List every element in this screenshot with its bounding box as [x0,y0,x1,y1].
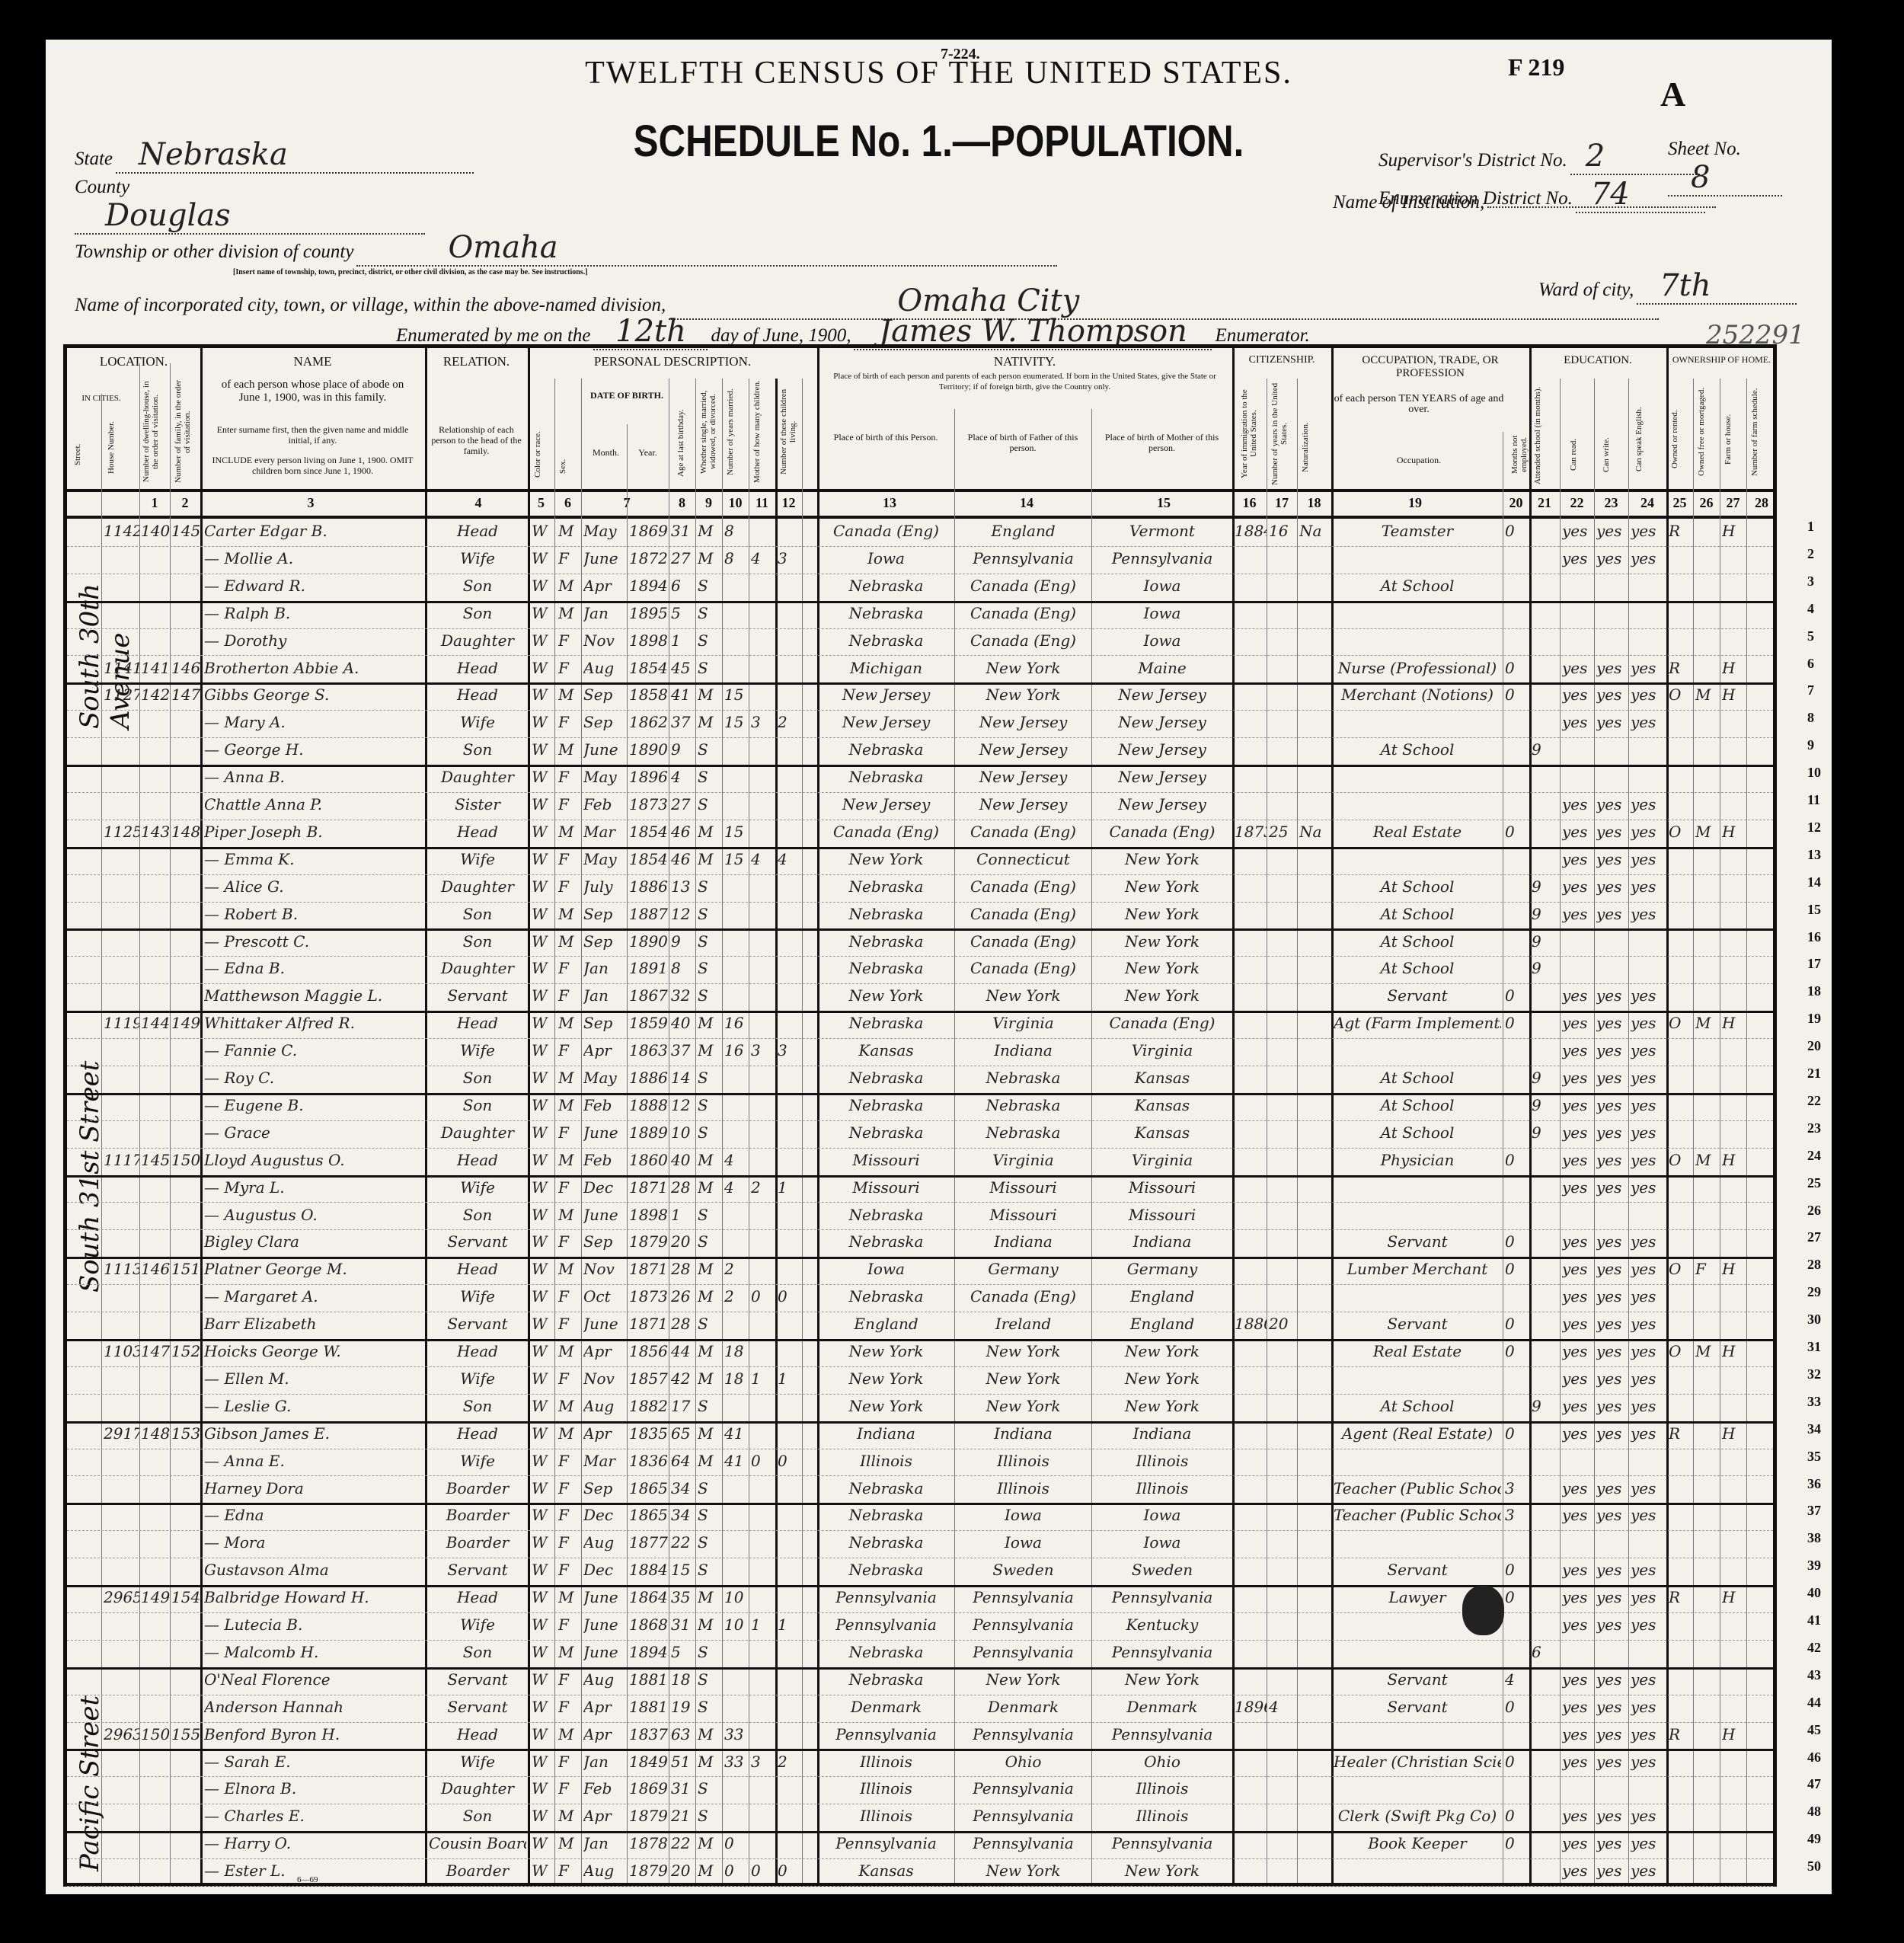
line-number: 8 [1807,710,1814,726]
cell-name: Platner George M. [204,1260,421,1278]
cell-name: — Margaret A. [204,1287,421,1305]
cell-speak: yes [1631,850,1665,868]
line-number: 17 [1807,956,1821,972]
cell-att: 9 [1532,1397,1559,1415]
cell-mu: 0 [1505,1232,1528,1251]
table-row: — Charles E.SonWMApr187921SIllinoisPenns… [67,1804,1773,1833]
cell-age: 9 [671,740,695,759]
cell-name: — Grace [204,1123,421,1142]
cell-write: yes [1596,986,1628,1005]
cell-color: W [532,522,554,540]
line-number: 33 [1807,1394,1821,1410]
cell-name: — Elnora B. [204,1779,421,1798]
cell-year: 1888 [629,1096,669,1114]
cell-age: 6 [671,577,695,595]
cell-relation: Wife [429,1287,526,1305]
cell-relation: Servant [429,1315,526,1333]
cell-speak: yes [1631,522,1665,540]
cell-name: Gustavson Alma [204,1561,421,1579]
cell-relation: Servant [429,1561,526,1579]
enumeration-field: Enumeration District No. 74 [1378,177,1705,213]
cell-month: Jan [583,604,627,622]
cell-month: Jan [583,986,627,1005]
cell-occ: Teacher (Public Schools) [1334,1506,1501,1524]
cell-age: 22 [671,1533,695,1552]
cell-pobf: Canada (Eng) [957,604,1090,622]
cell-pobm: Iowa [1094,604,1231,622]
line-number: 16 [1807,929,1821,945]
cell-read: yes [1562,1369,1594,1388]
cell-age: 41 [671,685,695,704]
cell-pobf: New York [957,986,1090,1005]
cell-occ: Servant [1334,1670,1501,1689]
cell-speak: yes [1631,1315,1665,1333]
cell-year: 1871 [629,1178,669,1197]
cell-name: — Sarah E. [204,1753,421,1771]
cell-sex: M [558,1069,581,1087]
cell-age: 51 [671,1753,695,1771]
table-row: — Roy C.SonWMMay188614SNebraskaNebraskaK… [67,1066,1773,1095]
cell-read: yes [1562,522,1594,540]
cell-age: 28 [671,1260,695,1278]
cell-speak: yes [1631,823,1665,841]
cell-age: 17 [671,1397,695,1415]
cell-age: 45 [671,659,695,677]
table-row: — DorothyDaughterWFNov18981SNebraskaCana… [67,628,1773,657]
cell-pobf: Canada (Eng) [957,631,1090,650]
cell-relation: Head [429,1260,526,1278]
table-row: 2917148153Gibson James E.HeadWMApr183565… [67,1421,1773,1449]
cell-marital: S [698,1479,722,1497]
cell-year: 1884 [629,1561,669,1579]
cell-cl: 0 [778,1452,802,1470]
cell-marital: S [698,1698,722,1716]
cell-age: 32 [671,986,695,1005]
cell-relation: Daughter [429,959,526,977]
cell-age: 35 [671,1588,695,1606]
cell-sex: M [558,604,581,622]
cell-att: 9 [1532,1069,1559,1087]
cell-marital: M [698,549,722,567]
cell-pob: New Jersey [819,685,953,704]
cell-ym: 10 [724,1615,749,1634]
table-row: — Alice G.DaughterWFJuly188613SNebraskaC… [67,874,1773,903]
table-row: Anderson HannahServantWFApr188119SDenmar… [67,1695,1773,1723]
cell-pob: Michigan [819,659,953,677]
cell-pobm: Pennsylvania [1094,1725,1231,1743]
cell-marital: M [698,1041,722,1059]
cell-sex: M [558,932,581,951]
cell-sex: M [558,1424,581,1443]
cell-write: yes [1596,1014,1628,1032]
cell-speak: yes [1631,685,1665,704]
cell-ym: 33 [724,1725,749,1743]
cell-name: Barr Elizabeth [204,1315,421,1333]
cell-pobm: Illinois [1094,1479,1231,1497]
cell-fh: H [1722,1588,1745,1606]
cell-color: W [532,1834,554,1852]
cell-read: yes [1562,713,1594,731]
line-number: 14 [1807,874,1821,890]
cell-sex: F [558,1561,581,1579]
cell-sex: F [558,1533,581,1552]
cell-pob: Denmark [819,1698,953,1716]
cell-color: W [532,1123,554,1142]
cell-nat: Na [1299,522,1330,540]
cell-pob: Pennsylvania [819,1588,953,1606]
cell-yus: 16 [1269,522,1296,540]
cell-sex: M [558,823,581,841]
cell-name: — Emma K. [204,850,421,868]
cell-month: Sep [583,1232,627,1251]
township-field: Township or other division of county Oma… [75,230,1057,267]
cell-own: O [1669,1342,1692,1360]
cell-month: May [583,1069,627,1087]
line-number: 41 [1807,1612,1821,1628]
cell-color: W [532,604,554,622]
cell-family: 154 [171,1588,200,1606]
cell-sex: M [558,1397,581,1415]
cell-sex: M [558,522,581,540]
cell-pobm: Pennsylvania [1094,1588,1231,1606]
cell-marital: S [698,1232,722,1251]
cell-read: yes [1562,1397,1594,1415]
cell-color: W [532,1615,554,1634]
cell-cl: 1 [778,1615,802,1634]
cell-year: 1865 [629,1506,669,1524]
state-field: State Nebraska [75,137,478,174]
cell-year: 1898 [629,631,669,650]
cell-write: yes [1596,1260,1628,1278]
ward-field: Ward of city, 7th [1538,268,1797,305]
cell-speak: yes [1631,1041,1665,1059]
cell-month: Feb [583,1151,627,1169]
line-number: 19 [1807,1011,1821,1027]
cell-age: 20 [671,1232,695,1251]
cell-marital: S [698,1670,722,1689]
cell-pobm: Indiana [1094,1424,1231,1443]
cell-color: W [532,1287,554,1305]
cell-speak: yes [1631,1014,1665,1032]
cell-marital: M [698,1725,722,1743]
table-row: — MoraBoarderWFAug187722SNebraskaIowaIow… [67,1530,1773,1558]
cell-sex: F [558,1178,581,1197]
cell-relation: Servant [429,1232,526,1251]
table-row: — Ellen M.WifeWFNov185742M1811New YorkNe… [67,1366,1773,1395]
cell-year: 1858 [629,685,669,704]
cell-color: W [532,1479,554,1497]
cell-house: 2917 [104,1424,139,1443]
line-number: 12 [1807,820,1821,836]
cell-age: 5 [671,604,695,622]
cell-relation: Wife [429,1369,526,1388]
cell-relation: Head [429,1424,526,1443]
cell-pobf: New Jersey [957,795,1090,813]
cell-age: 28 [671,1315,695,1333]
cell-name: Harney Dora [204,1479,421,1497]
cell-relation: Son [429,1206,526,1224]
column-numbers: 1 2 3 4 5 6 7 8 9 10 11 12 13 14 15 16 1… [67,489,1773,519]
cell-year: 1863 [629,1041,669,1059]
cell-relation: Servant [429,1670,526,1689]
cell-marital: S [698,659,722,677]
cell-family: 155 [171,1725,200,1743]
cell-pobm: Iowa [1094,1533,1231,1552]
cell-pobf: Denmark [957,1698,1090,1716]
cell-cl: 0 [778,1862,802,1880]
cell-color: W [532,577,554,595]
cell-relation: Son [429,1069,526,1087]
cell-write: yes [1596,1069,1628,1087]
cell-relation: Head [429,659,526,677]
cell-sex: F [558,1123,581,1142]
cell-age: 4 [671,768,695,786]
cell-own: R [1669,659,1692,677]
cell-name: — Anna E. [204,1452,421,1470]
cell-pobm: Missouri [1094,1178,1231,1197]
table-row: — Augustus O.SonWMJune18981SNebraskaMiss… [67,1203,1773,1231]
cell-pobm: Indiana [1094,1232,1231,1251]
line-number: 7 [1807,682,1814,698]
cell-read: yes [1562,1807,1594,1825]
cell-family: 145 [171,522,200,540]
cell-pob: Nebraska [819,604,953,622]
cell-pob: Pennsylvania [819,1834,953,1852]
cell-pobm: Sweden [1094,1561,1231,1579]
cell-pobf: Pennsylvania [957,1588,1090,1606]
cell-own: O [1669,1014,1692,1032]
cell-occ: At School [1334,959,1501,977]
cell-name: — Harry O. [204,1834,421,1852]
township-value: Omaha [356,230,1057,267]
cell-speak: yes [1631,1151,1665,1169]
cell-age: 8 [671,959,695,977]
cell-fh: H [1722,685,1745,704]
cell-marital: S [698,1506,722,1524]
cell-pobm: New York [1094,850,1231,868]
cell-speak: yes [1631,877,1665,896]
cell-pob: Nebraska [819,768,953,786]
cell-occ: At School [1334,1123,1501,1142]
cell-relation: Daughter [429,1779,526,1798]
cell-relation: Son [429,932,526,951]
cell-month: Feb [583,1779,627,1798]
cell-dwelling: 147 [141,1342,170,1360]
cell-color: W [532,1096,554,1114]
cell-marital: M [698,1260,722,1278]
cell-pobm: Iowa [1094,577,1231,595]
cell-read: yes [1562,1725,1594,1743]
cell-occ: Nurse (Professional) [1334,659,1501,677]
table-row: — GraceDaughterWFJune188910SNebraskaNebr… [67,1120,1773,1149]
cell-year: 1871 [629,1315,669,1333]
cell-name: Matthewson Maggie L. [204,986,421,1005]
cell-relation: Wife [429,850,526,868]
cell-cl: 4 [778,850,802,868]
sheet-letter: A [1660,74,1685,114]
cell-sex: M [558,1096,581,1114]
cell-read: yes [1562,1342,1594,1360]
cell-pob: New York [819,986,953,1005]
cell-sex: M [558,740,581,759]
cell-ym: 15 [724,823,749,841]
cell-mc: 0 [751,1452,775,1470]
cell-age: 34 [671,1506,695,1524]
ink-blot [1462,1586,1504,1635]
cell-pob: Nebraska [819,1479,953,1497]
cell-year: 1869 [629,1779,669,1798]
cell-marital: S [698,1779,722,1798]
cell-relation: Daughter [429,877,526,896]
cell-pob: Nebraska [819,905,953,923]
cell-pob: Nebraska [819,577,953,595]
table-row: — Edna B.DaughterWFJan18918SNebraskaCana… [67,956,1773,984]
cell-own: O [1669,823,1692,841]
cell-pob: Pennsylvania [819,1725,953,1743]
cell-write: yes [1596,1041,1628,1059]
cell-month: Oct [583,1287,627,1305]
cell-age: 64 [671,1452,695,1470]
cell-color: W [532,1643,554,1661]
cell-relation: Head [429,823,526,841]
cell-month: Sep [583,932,627,951]
table-row: 1117145150Lloyd Augustus O.HeadWMFeb1860… [67,1148,1773,1178]
cell-marital: S [698,1643,722,1661]
cell-marital: M [698,1615,722,1634]
cell-dwelling: 140 [141,522,170,540]
table-row: Harney DoraBoarderWFSep186534SNebraskaIl… [67,1476,1773,1506]
cell-speak: yes [1631,1069,1665,1087]
cell-pobf: Germany [957,1260,1090,1278]
cell-color: W [532,1232,554,1251]
cell-marital: S [698,577,722,595]
cell-year: 1862 [629,713,669,731]
cell-read: yes [1562,685,1594,704]
cell-sex: M [558,1588,581,1606]
cell-pobf: New York [957,1342,1090,1360]
cell-occ: Physician [1334,1151,1501,1169]
cell-sex: F [558,659,581,677]
cell-speak: yes [1631,1397,1665,1415]
cell-age: 28 [671,1178,695,1197]
cell-pobm: New Jersey [1094,713,1231,731]
cell-write: yes [1596,1506,1628,1524]
cell-pobm: New York [1094,905,1231,923]
cell-age: 13 [671,877,695,896]
cell-family: 149 [171,1014,200,1032]
cell-relation: Son [429,1096,526,1114]
census-sheet: 7-224. TWELFTH CENSUS OF THE UNITED STAT… [46,40,1832,1894]
table-row: — Elnora B.DaughterWFFeb186931SIllinoisP… [67,1776,1773,1804]
line-number: 49 [1807,1831,1821,1847]
cell-marital: S [698,1807,722,1825]
cell-write: yes [1596,823,1628,841]
cell-year: 1890 [629,740,669,759]
cell-cl: 2 [778,1753,802,1771]
cell-pob: Nebraska [819,959,953,977]
cell-color: W [532,1725,554,1743]
cell-pob: Illinois [819,1753,953,1771]
line-number: 35 [1807,1449,1821,1465]
cell-write: yes [1596,1698,1628,1716]
cell-color: W [532,1670,554,1689]
cell-cl: 0 [778,1287,802,1305]
cell-read: yes [1562,850,1594,868]
cell-mu: 0 [1505,522,1528,540]
cell-family: 153 [171,1424,200,1443]
line-number: 30 [1807,1312,1821,1328]
cell-ym: 41 [724,1452,749,1470]
cell-pobf: Indiana [957,1232,1090,1251]
cell-write: yes [1596,1615,1628,1634]
cell-read: yes [1562,795,1594,813]
cell-read: yes [1562,1424,1594,1443]
cell-mc: 1 [751,1369,775,1388]
cell-own: R [1669,522,1692,540]
cell-name: — Anna B. [204,768,421,786]
cell-read: yes [1562,1123,1594,1142]
cell-pob: Nebraska [819,1014,953,1032]
population-table: LOCATION. IN CITIES. Street. House Numbe… [63,344,1777,1887]
cell-sex: F [558,1041,581,1059]
cell-att: 9 [1532,959,1559,977]
table-row: — Fannie C.WifeWFApr186337M1633KansasInd… [67,1038,1773,1066]
cell-speak: yes [1631,1807,1665,1825]
cell-name: — Mora [204,1533,421,1552]
cell-color: W [532,823,554,841]
cell-month: July [583,877,627,896]
cell-sex: F [558,795,581,813]
cell-color: W [532,1342,554,1360]
cell-nat: Na [1299,823,1330,841]
line-number: 43 [1807,1667,1821,1683]
cell-relation: Son [429,1397,526,1415]
cell-marital: S [698,631,722,650]
line-number: 10 [1807,765,1821,781]
cell-color: W [532,659,554,677]
cell-month: Apr [583,1342,627,1360]
cell-pobm: New York [1094,932,1231,951]
cell-pobf: England [957,522,1090,540]
cell-pobm: New York [1094,1670,1231,1689]
cell-age: 12 [671,905,695,923]
cell-occ: Book Keeper [1334,1834,1501,1852]
cell-name: Lloyd Augustus O. [204,1151,421,1169]
cell-pobf: New Jersey [957,740,1090,759]
cell-age: 12 [671,1096,695,1114]
cell-occ: Agt (Farm Implements) [1334,1014,1501,1032]
cell-yus: 25 [1269,823,1296,841]
cell-cl: 3 [778,1041,802,1059]
cell-age: 27 [671,795,695,813]
cell-pobf: Canada (Eng) [957,959,1090,977]
cell-read: yes [1562,1561,1594,1579]
line-number: 28 [1807,1257,1821,1273]
cell-month: May [583,850,627,868]
cell-write: yes [1596,1178,1628,1197]
cell-pobm: Missouri [1094,1206,1231,1224]
cell-occ: At School [1334,1069,1501,1087]
cell-month: June [583,1123,627,1142]
cell-mu: 0 [1505,1260,1528,1278]
cell-pobf: Pennsylvania [957,1725,1090,1743]
cell-speak: yes [1631,1424,1665,1443]
table-header: LOCATION. IN CITIES. Street. House Numbe… [67,348,1773,492]
cell-family: 150 [171,1151,200,1169]
cell-speak: yes [1631,659,1665,677]
cell-pobm: New York [1094,959,1231,977]
cell-relation: Wife [429,549,526,567]
